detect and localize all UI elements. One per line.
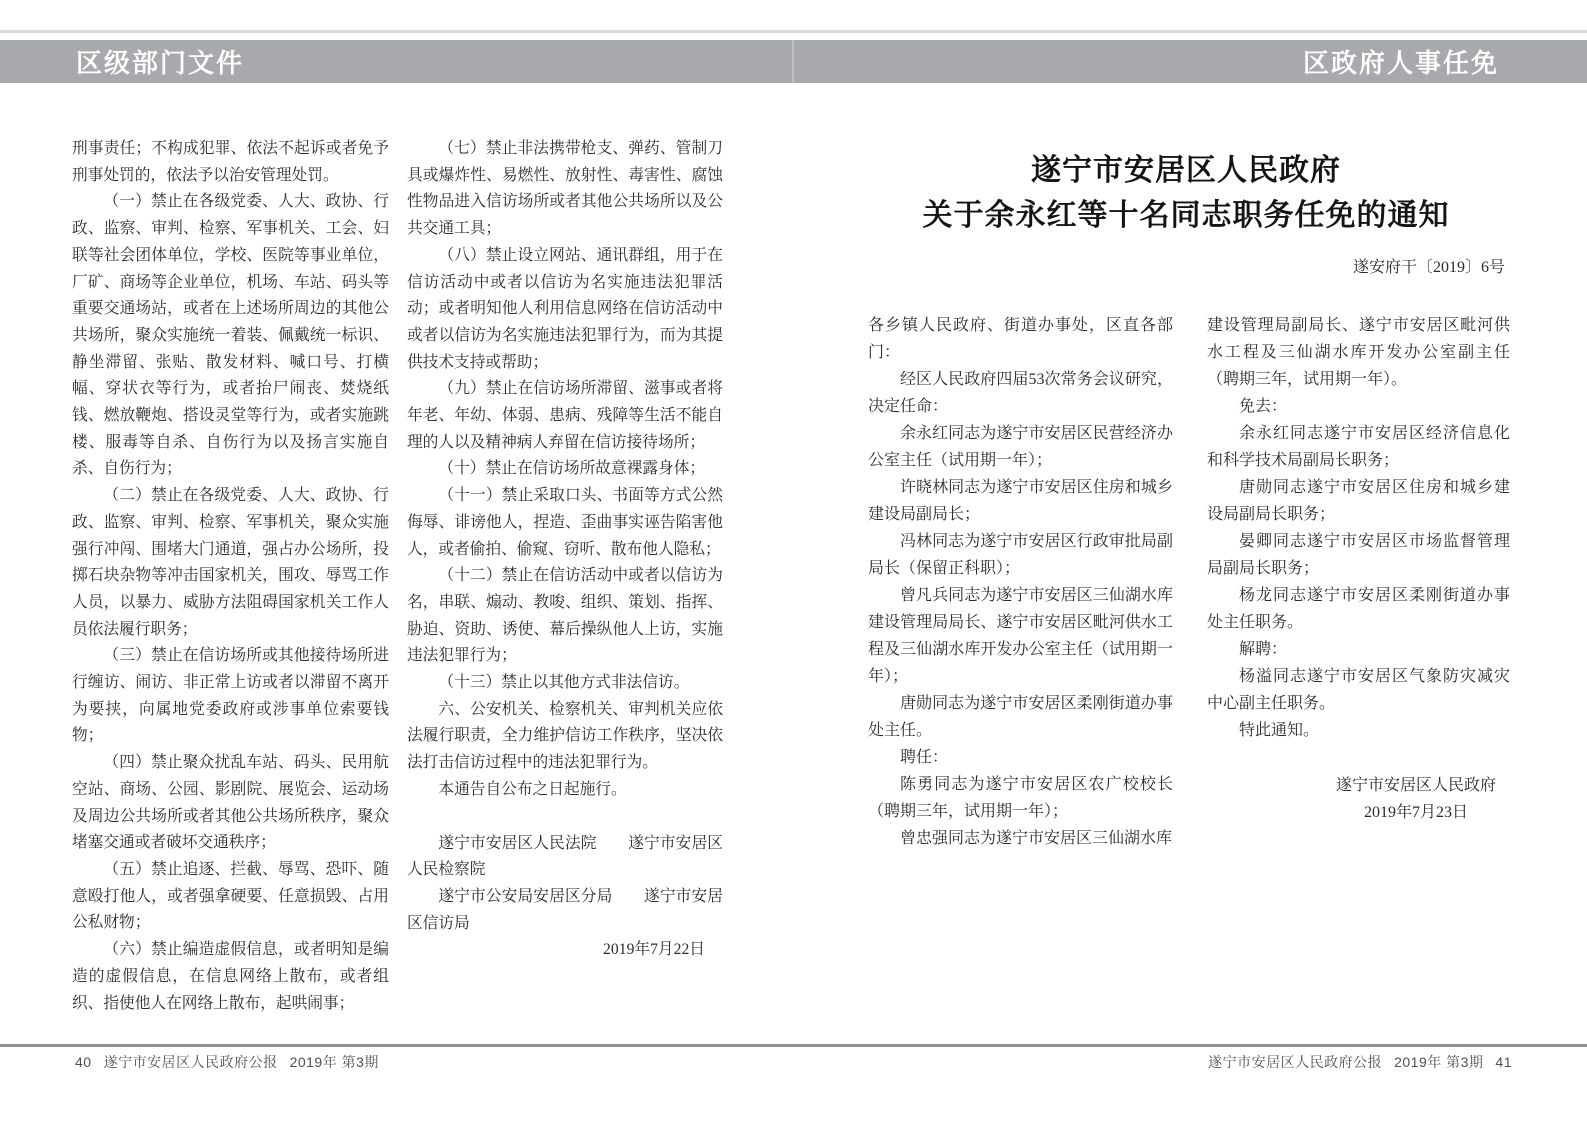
paragraph: 聘任： xyxy=(868,744,1173,771)
paragraph: （十二）禁止在信访活动中或者以信访为名，串联、煽动、教唆、组织、策划、指挥、胁迫… xyxy=(407,563,723,670)
notice-title-line-1: 遂宁市安居区人民政府 xyxy=(850,148,1522,193)
document-date: 2019年7月23日 xyxy=(1336,799,1496,826)
issuing-authority: 遂宁市安居区人民政府 xyxy=(1336,772,1496,799)
paragraph: （十三）禁止以其他方式非法信访。 xyxy=(407,670,723,697)
page-header-banner: 区级部门文件 区政府人事任免 xyxy=(0,40,1587,83)
issue-label: 2019年 第3期 xyxy=(290,1052,379,1072)
paragraph: 陈勇同志为遂宁市安居区农广校校长（聘期三年，试用期一年）； xyxy=(868,771,1173,825)
paragraph: （六）禁止编造虚假信息，或者明知是编造的虚假信息，在信息网络上散布，或者组织、指… xyxy=(72,937,389,1017)
footer-right: 遂宁市安居区人民政府公报 2019年 第3期 41 xyxy=(1208,1052,1512,1072)
paragraph: 六、公安机关、检察机关、审判机关应依法履行职责，全力维护信访工作秩序，坚决依法打… xyxy=(407,697,723,777)
paragraph: （四）禁止聚众扰乱车站、码头、民用航空站、商场、公园、影剧院、展览会、运动场及周… xyxy=(72,750,389,857)
paragraph: 晏卿同志遂宁市安居区市场监督管理局副局长职务； xyxy=(1207,528,1510,582)
paragraph: 建设管理局副局长、遂宁市安居区毗河供水工程及三仙湖水库开发办公室副主任（聘期三年… xyxy=(1207,312,1510,393)
right-page-column-2: 建设管理局副局长、遂宁市安居区毗河供水工程及三仙湖水库开发办公室副主任（聘期三年… xyxy=(1207,312,1510,826)
footer-rule xyxy=(0,1044,1587,1047)
notice-title: 遂宁市安居区人民政府 关于余永红等十名同志职务任免的通知 xyxy=(850,148,1522,238)
top-rule xyxy=(0,30,1587,33)
paragraph: （十一）禁止采取口头、书面等方式公然侮辱、诽谤他人，捏造、歪曲事实诬告陷害他人，… xyxy=(407,483,723,563)
paragraph: 经区人民政府四届53次常务会议研究，决定任命： xyxy=(868,366,1173,420)
right-section-label: 区政府人事任免 xyxy=(1303,43,1499,80)
footer-left: 40 遂宁市安居区人民政府公报 2019年 第3期 xyxy=(75,1052,379,1072)
page-gutter-divider xyxy=(792,40,794,83)
signature-block: 遂宁市安居区人民法院 遂宁市安居区人民检察院 遂宁市公安局安居区分局 遂宁市安居… xyxy=(407,831,723,965)
paragraph: 唐勋同志遂宁市安居区住房和城乡建设局副局长职务； xyxy=(1207,474,1510,528)
paragraph: （八）禁止设立网站、通讯群组，用于在信访活动中或者以信访为名实施违法犯罪活动；或… xyxy=(407,243,723,377)
paragraph: 免去： xyxy=(1207,393,1510,420)
paragraph: （二）禁止在各级党委、人大、政协、行政、监察、审判、检察、军事机关，聚众实施强行… xyxy=(72,483,389,643)
paragraph: （十）禁止在信访场所故意裸露身体； xyxy=(407,456,723,483)
notice-title-line-2: 关于余永红等十名同志职务任免的通知 xyxy=(850,193,1522,238)
page-number: 40 xyxy=(75,1052,92,1072)
page-number: 41 xyxy=(1495,1052,1512,1072)
paragraph: 许晓林同志为遂宁市安居区住房和城乡建设局副局长； xyxy=(868,474,1173,528)
left-section-label: 区级部门文件 xyxy=(76,43,244,80)
paragraph: 特此通知。 xyxy=(1207,717,1510,744)
paragraph: 本通告自公布之日起施行。 xyxy=(407,777,723,804)
signature-line: 遂宁市公安局安居区分局 遂宁市安居区信访局 xyxy=(407,884,723,937)
paragraph: 余永红同志遂宁市安居区经济信息化和科学技术局副局长职务； xyxy=(1207,420,1510,474)
paragraph: （七）禁止非法携带枪支、弹药、管制刀具或爆炸性、易燃性、放射性、毒害性、腐蚀性物… xyxy=(407,136,723,243)
paragraph: 刑事责任；不构成犯罪、依法不起诉或者免予刑事处罚的，依法予以治安管理处罚。 xyxy=(72,136,389,189)
left-page-column-1: 刑事责任；不构成犯罪、依法不起诉或者免予刑事处罚的，依法予以治安管理处罚。 （一… xyxy=(72,136,389,1017)
signature-line: 遂宁市安居区人民法院 遂宁市安居区人民检察院 xyxy=(407,831,723,884)
paragraph: （九）禁止在信访场所滞留、滋事或者将年老、年幼、体弱、患病、残障等生活不能自理的… xyxy=(407,376,723,456)
paragraph: 曾忠强同志为遂宁市安居区三仙湖水库 xyxy=(868,825,1173,852)
paragraph: （一）禁止在各级党委、人大、政协、行政、监察、审判、检察、军事机关、工会、妇联等… xyxy=(72,189,389,483)
paragraph: 杨溢同志遂宁市安居区气象防灾减灾中心副主任职务。 xyxy=(1207,663,1510,717)
paragraph: 余永红同志为遂宁市安居区民营经济办公室主任（试用期一年）； xyxy=(868,420,1173,474)
document-number: 遂安府干〔2019〕6号 xyxy=(855,254,1505,281)
left-page-column-2: （七）禁止非法携带枪支、弹药、管制刀具或爆炸性、易燃性、放射性、毒害性、腐蚀性物… xyxy=(407,136,723,964)
paragraph: 冯林同志为遂宁市安居区行政审批局副局长（保留正科职）； xyxy=(868,528,1173,582)
paragraph: 杨龙同志遂宁市安居区柔刚街道办事处主任职务。 xyxy=(1207,582,1510,636)
salutation: 各乡镇人民政府、街道办事处，区直各部门： xyxy=(868,312,1173,366)
document-date: 2019年7月22日 xyxy=(407,937,723,964)
paragraph: 曾凡兵同志为遂宁市安居区三仙湖水库建设管理局局长、遂宁市安居区毗河供水工程及三仙… xyxy=(868,582,1173,690)
paragraph: （五）禁止追逐、拦截、辱骂、恐吓、随意殴打他人，或者强拿硬要、任意损毁、占用公私… xyxy=(72,857,389,937)
paragraph: 解聘： xyxy=(1207,636,1510,663)
journal-title: 遂宁市安居区人民政府公报 xyxy=(1208,1052,1382,1072)
signature-block: 遂宁市安居区人民政府 2019年7月23日 xyxy=(1336,772,1496,826)
paragraph: 唐勋同志为遂宁市安居区柔刚街道办事处主任。 xyxy=(868,690,1173,744)
journal-title: 遂宁市安居区人民政府公报 xyxy=(104,1052,278,1072)
issue-label: 2019年 第3期 xyxy=(1394,1052,1483,1072)
paragraph: （三）禁止在信访场所或其他接待场所进行缠访、闹访、非正常上访或者以滞留不离开为要… xyxy=(72,643,389,750)
right-page-column-1: 各乡镇人民政府、街道办事处，区直各部门： 经区人民政府四届53次常务会议研究，决… xyxy=(868,312,1173,852)
